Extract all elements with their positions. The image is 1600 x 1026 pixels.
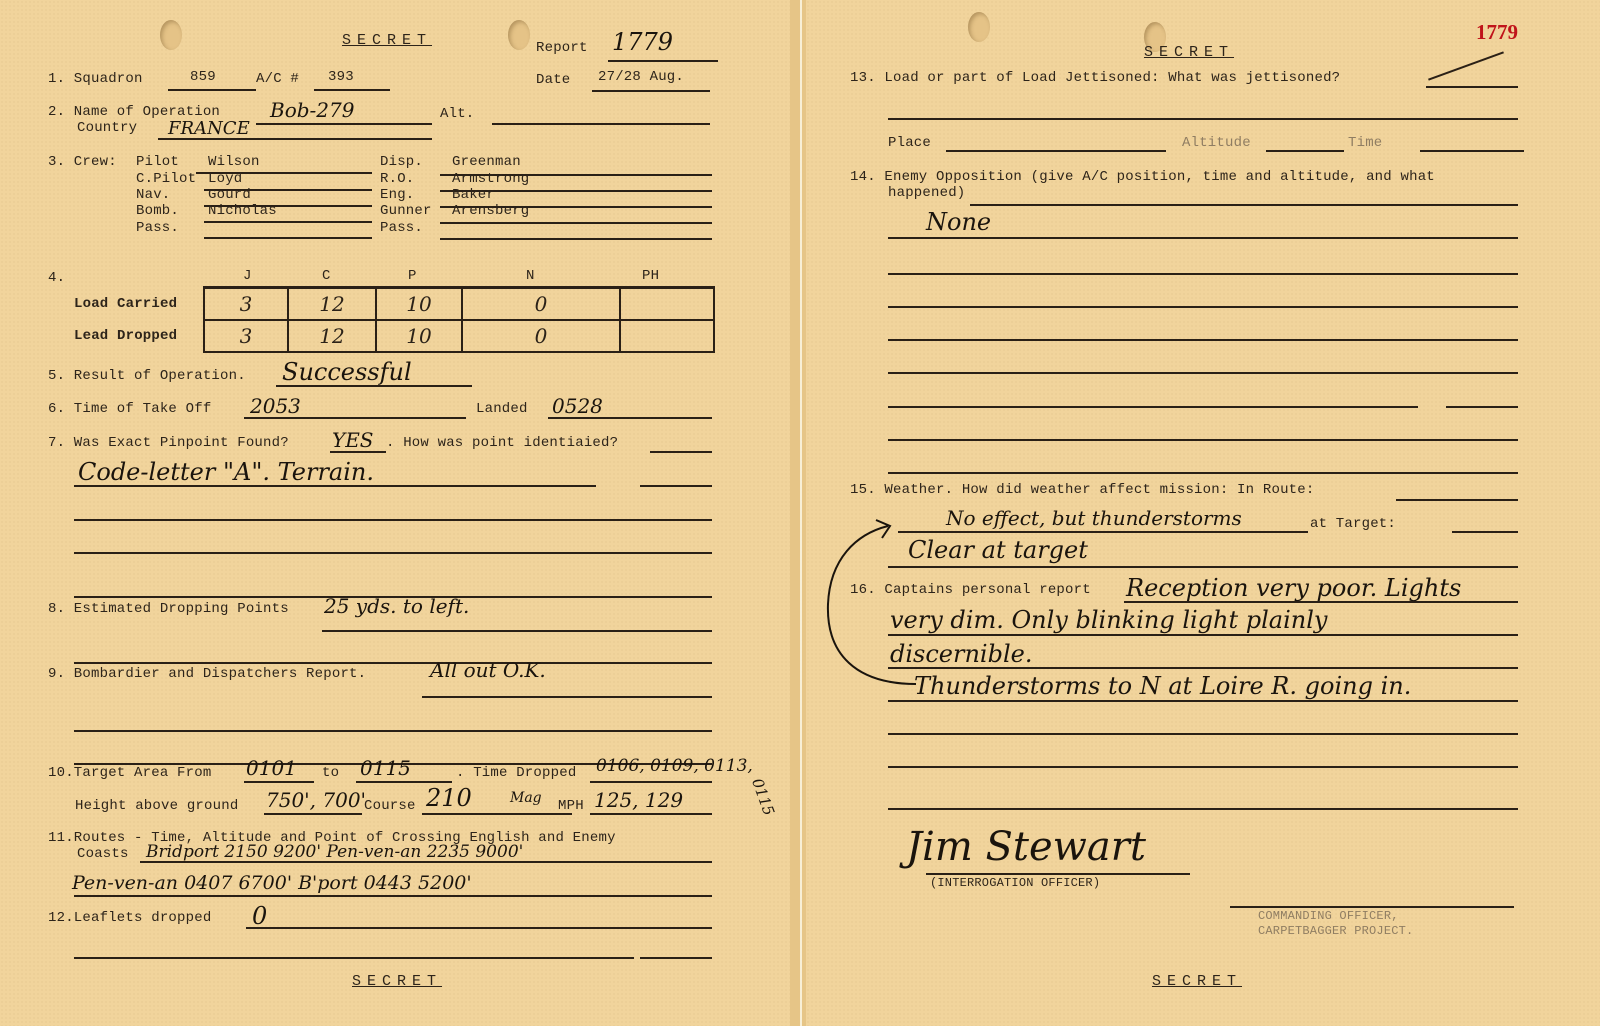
col-header: J [243,268,252,284]
underline [548,417,712,419]
q3-label: 3. Crew: [48,154,117,170]
crew-role: Eng. [380,187,414,203]
underline [888,306,1518,308]
course-value: 210 [426,784,472,812]
captain-report-line-1: Reception very poor. Lights [1126,574,1461,602]
underline [888,766,1518,768]
right-form-page: SECRET 13. Load or part of Load Jettison… [806,0,1600,1026]
country-value: FRANCE [168,118,250,139]
cell: 0 [462,320,620,352]
underline [946,150,1166,152]
route-line-1: Bridport 2150 9200' Pen-ven-an 2235 9000… [146,842,523,862]
crew-role: Pilot [136,154,179,170]
time-dropped-label: . Time Dropped [456,765,576,781]
crew-role: Bomb. [136,203,179,219]
place-label: Place [888,135,931,151]
q4-label: 4. [48,270,65,286]
altitude-label: Altitude [1182,135,1251,151]
underline [926,873,1190,875]
underline [1230,906,1514,908]
route-line-2: Pen-ven-an 0407 6700' B'port 0443 5200' [72,872,472,894]
cell: 3 [204,320,288,352]
crew-name: Armstrong [452,171,529,187]
underline [74,662,712,664]
crew-name: Arensberg [452,203,529,219]
underline [244,417,466,419]
cell: 0 [462,288,620,320]
enemy-opposition-value: None [926,208,991,236]
how-identified-value: Code-letter "A". Terrain. [78,458,374,486]
at-target-label: at Target: [1310,516,1396,532]
report-number: 1779 [612,28,673,56]
underline [640,957,712,959]
col-header: C [322,268,331,284]
q13-label: 13. Load or part of Load Jettisoned: Wha… [850,70,1340,86]
secret-header: SECRET [1144,44,1234,61]
bombardier-report-value: All out O.K. [430,658,546,682]
jettison-dash [1428,51,1504,80]
mph-label: MPH [558,798,584,814]
underline [970,204,1518,206]
underline [422,813,572,815]
target-from-value: 0101 [246,756,297,780]
underline [140,861,712,863]
underline [898,531,1308,533]
crew-role: Disp. [380,154,423,170]
ac-value: 393 [328,69,354,85]
q15-label: 15. Weather. How did weather affect miss… [850,482,1314,498]
mph-prefix: Mag [510,790,542,806]
underline [264,813,362,815]
underline [74,485,596,487]
leaflets-value: 0 [252,902,267,930]
underline [888,406,1418,408]
secret-footer: SECRET [1152,973,1242,990]
commanding-officer-line-1: COMMANDING OFFICER, [1258,909,1399,923]
punch-hole [508,20,530,50]
underline [1266,150,1344,152]
time-label: Time [1348,135,1382,151]
underline [330,451,386,453]
cell: 12 [288,320,376,352]
punch-hole [160,20,182,50]
cell: 10 [376,288,462,320]
time-dropped-value: 0106, 0109, 0113, [596,756,753,776]
secret-header: SECRET [342,32,432,49]
underline [74,895,712,897]
underline [74,730,712,732]
underline [1420,150,1524,152]
q14-label: 14. Enemy Opposition (give A/C position,… [850,169,1435,185]
underline [888,733,1518,735]
underline [204,221,372,223]
underline [256,123,432,125]
dropping-points-value: 25 yds. to left. [324,594,469,618]
ac-label: A/C # [256,71,299,87]
left-form-page: SECRET Report 1779 1. Squadron 859 A/C #… [0,0,790,1026]
cell [620,320,714,352]
captain-report-line-2: very dim. Only blinking light plainly [890,606,1327,634]
crew-name: Loyd [208,171,242,187]
col-header: PH [642,268,659,284]
q7-label: 7. Was Exact Pinpoint Found? [48,435,289,451]
weather-target-value: Clear at target [908,536,1088,564]
target-to-value: 0115 [360,756,411,780]
underline [608,60,718,62]
underline [158,138,432,140]
height-label: Height above ground [75,798,238,814]
q1-label: 1. Squadron [48,71,143,87]
q6-label: 6. Time of Take Off [48,401,211,417]
crew-name: Gourd [208,187,251,203]
row-label: Lead Dropped [74,328,177,344]
col-header: N [526,268,535,284]
underline [888,273,1518,275]
underline [276,385,472,387]
to-label: to [322,765,339,781]
pinpoint-found-value: YES [332,428,374,452]
underline [640,485,712,487]
squadron-value: 859 [190,69,216,85]
underline [590,813,712,815]
underline [204,237,372,239]
underline [492,123,710,125]
underline [246,927,712,929]
cell [620,288,714,320]
underline [888,237,1518,239]
q14-label-2: happened) [888,185,965,201]
date-value: 27/28 Aug. [598,69,684,85]
crew-role: Pass. [380,220,423,236]
result-value: Successful [282,358,412,386]
course-label: Course [364,798,416,814]
punch-hole [968,12,990,42]
underline [888,118,1518,120]
commanding-officer-line-2: CARPETBAGGER PROJECT. [1258,924,1413,938]
col-header: P [408,268,417,284]
operation-value: Bob-279 [270,98,354,122]
q10-label: 10.Target Area From [48,765,211,781]
underline [592,90,710,92]
underline [440,238,712,240]
underline [590,781,712,783]
table-row: 3 12 10 0 [204,288,714,320]
underline [888,700,1518,702]
alt-label: Alt. [440,106,474,122]
underline [422,696,712,698]
underline [888,667,1518,669]
landed-value: 0528 [552,394,603,418]
country-label: Country [77,120,137,136]
interrogation-officer-title: (INTERROGATION OFFICER) [930,876,1100,890]
interrogation-officer-signature: Jim Stewart [906,824,1146,870]
table-row: 3 12 10 0 [204,320,714,352]
date-label: Date [536,72,570,88]
underline [888,566,1518,568]
underline [888,808,1518,810]
landed-label: Landed [476,401,528,417]
underline [888,339,1518,341]
underline [74,519,712,521]
underline [888,472,1518,474]
underline [1426,86,1518,88]
underline [888,439,1518,441]
takeoff-value: 2053 [250,394,301,418]
page-divider [790,0,806,1026]
crew-role: Pass. [136,220,179,236]
underline [440,222,712,224]
crew-role: Nav. [136,187,170,203]
cell: 12 [288,288,376,320]
crew-role: R.O. [380,171,414,187]
load-table: 3 12 10 0 3 12 10 0 [203,286,715,353]
q12-label: 12.Leaflets dropped [48,910,211,926]
underline [314,89,390,91]
q9-label: 9. Bombardier and Dispatchers Report. [48,666,366,682]
underline [74,552,712,554]
underline [1446,406,1518,408]
secret-footer: SECRET [352,973,442,990]
mph-value: 125, 129 [594,788,683,812]
archive-number: 1779 [1476,20,1518,45]
crew-name: Greenman [452,154,521,170]
how-identified-label: . How was point identiaied? [386,435,618,451]
underline [888,634,1518,636]
crew-name: Baker [452,187,495,203]
q8-label: 8. Estimated Dropping Points [48,601,289,617]
height-value: 750', 700' [266,788,366,812]
underline [1396,499,1518,501]
underline [650,451,712,453]
report-label: Report [536,40,588,56]
time-dropped-extra: 0115 [748,776,778,818]
underline [356,781,452,783]
underline [168,89,256,91]
handwritten-arrow-icon [816,514,926,694]
row-label: Load Carried [74,296,177,312]
underline [322,630,712,632]
cell: 10 [376,320,462,352]
captain-report-line-4: Thunderstorms to N at Loire R. going in. [914,672,1411,700]
crew-name: Wilson [208,154,260,170]
crew-role: Gunner [380,203,432,219]
weather-route-value: No effect, but thunderstorms [946,506,1242,530]
crew-role: C.Pilot [136,171,196,187]
underline [1124,601,1518,603]
cell: 3 [204,288,288,320]
q5-label: 5. Result of Operation. [48,368,246,384]
underline [74,957,634,959]
underline [1452,531,1518,533]
underline [244,781,314,783]
underline [888,372,1518,374]
crew-name: Nicholas [208,203,277,219]
coasts-label: Coasts [77,846,129,862]
